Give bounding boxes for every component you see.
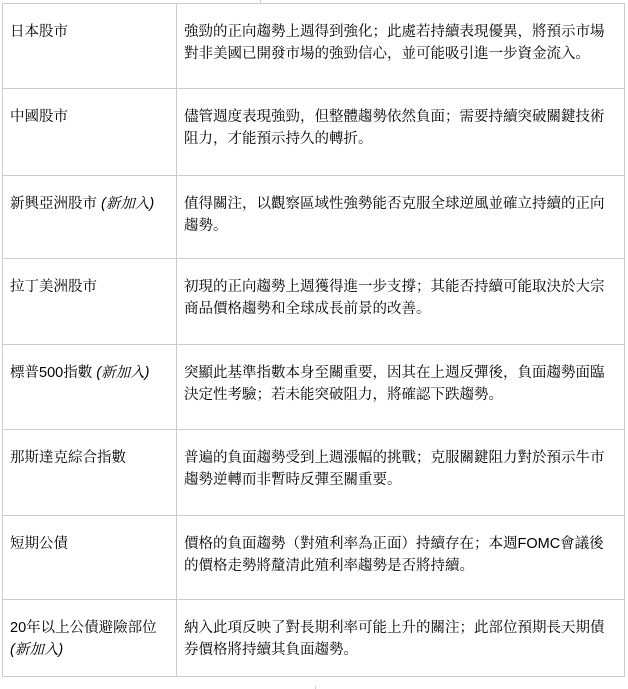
market-commentary-cell: 突顯此基準指數本身至關重要，因其在上週反彈後，負面趨勢面臨決定性考驗；若未能突破… [177,345,625,430]
market-name-cell: 20年以上公債避險部位 (新加入) [3,600,177,677]
table-row: 中國股市 儘管週度表現強勁，但整體趨勢依然負面；需要持續突破關鍵技術阻力，才能預… [3,89,625,176]
table-row: 那斯達克綜合指數 普遍的負面趨勢受到上週漲幅的挑戰；克服關鍵阻力對於預示牛市趨勢… [3,430,625,516]
table-row: 短期公債 價格的負面趨勢（對殖利率為正面）持續存在；本週FOMC會議後的價格走勢… [3,516,625,600]
market-name: 新興亞洲股市 [10,196,97,212]
table-row: 標普500指數 (新加入) 突顯此基準指數本身至關重要，因其在上週反彈後，負面趨… [3,345,625,430]
market-name-cell: 那斯達克綜合指數 [3,430,177,516]
market-name: 那斯達克綜合指數 [10,450,126,466]
market-name: 拉丁美洲股市 [10,279,97,295]
market-commentary: 價格的負面趨勢（對殖利率為正面）持續存在；本週FOMC會議後的價格走勢將釐清此殖… [184,536,604,574]
market-name-cell: 拉丁美洲股市 [3,259,177,345]
market-name-note: (新加入) [101,196,154,212]
crop-artifact-top-tick [260,0,261,3]
market-name: 標普500指數 [10,365,92,381]
market-commentary-cell: 儘管週度表現強勁，但整體趨勢依然負面；需要持續突破關鍵技術阻力，才能預示持久的轉… [177,89,625,176]
market-commentary-cell: 值得關注，以觀察區域性強勢能否克服全球逆風並確立持續的正向趨勢。 [177,176,625,259]
market-commentary-cell: 價格的負面趨勢（對殖利率為正面）持續存在；本週FOMC會議後的價格走勢將釐清此殖… [177,516,625,600]
market-name-cell: 標普500指數 (新加入) [3,345,177,430]
market-name-note: (新加入) [10,642,63,658]
market-commentary: 普遍的負面趨勢受到上週漲幅的挑戰；克服關鍵阻力對於預示牛市趨勢逆轉而非暫時反彈至… [184,450,605,488]
market-name-cell: 日本股市 [3,4,177,89]
market-commentary: 初現的正向趨勢上週獲得進一步支撐；其能否持續可能取決於大宗商品價格趨勢和全球成長… [184,279,605,317]
market-name-cell: 短期公債 [3,516,177,600]
document-page: 日本股市 強勁的正向趨勢上週得到強化；此處若持續表現優異，將預示市場對非美國已開… [0,0,628,689]
market-name-cell: 中國股市 [3,89,177,176]
market-name-note: (新加入) [96,365,149,381]
market-commentary: 突顯此基準指數本身至關重要，因其在上週反彈後，負面趨勢面臨決定性考驗；若未能突破… [184,365,605,403]
market-commentary: 強勁的正向趨勢上週得到強化；此處若持續表現優異，將預示市場對非美國已開發市場的強… [184,24,605,62]
market-commentary: 值得關注，以觀察區域性強勢能否克服全球逆風並確立持續的正向趨勢。 [184,196,605,234]
market-commentary-cell: 強勁的正向趨勢上週得到強化；此處若持續表現優異，將預示市場對非美國已開發市場的強… [177,4,625,89]
market-name: 日本股市 [10,24,68,40]
table-row: 拉丁美洲股市 初現的正向趨勢上週獲得進一步支撐；其能否持續可能取決於大宗商品價格… [3,259,625,345]
market-name: 短期公債 [10,536,68,552]
market-commentary: 儘管週度表現強勁，但整體趨勢依然負面；需要持續突破關鍵技術阻力，才能預示持久的轉… [184,109,605,147]
market-commentary-cell: 納入此項反映了對長期利率可能上升的關注；此部位預期長天期債券價格將持續其負面趨勢… [177,600,625,677]
table-row: 新興亞洲股市 (新加入) 值得關注，以觀察區域性強勢能否克服全球逆風並確立持續的… [3,176,625,259]
market-commentary: 納入此項反映了對長期利率可能上升的關注；此部位預期長天期債券價格將持續其負面趨勢… [184,620,605,658]
market-commentary-cell: 普遍的負面趨勢受到上週漲幅的挑戰；克服關鍵阻力對於預示牛市趨勢逆轉而非暫時反彈至… [177,430,625,516]
table-row: 日本股市 強勁的正向趨勢上週得到強化；此處若持續表現優異，將預示市場對非美國已開… [3,4,625,89]
market-name: 中國股市 [10,109,68,125]
table-row: 20年以上公債避險部位 (新加入) 納入此項反映了對長期利率可能上升的關注；此部… [3,600,625,677]
market-commentary-cell: 初現的正向趨勢上週獲得進一步支撐；其能否持續可能取決於大宗商品價格趨勢和全球成長… [177,259,625,345]
market-trends-table: 日本股市 強勁的正向趨勢上週得到強化；此處若持續表現優異，將預示市場對非美國已開… [2,3,625,677]
market-name: 20年以上公債避險部位 [10,620,157,636]
market-name-cell: 新興亞洲股市 (新加入) [3,176,177,259]
